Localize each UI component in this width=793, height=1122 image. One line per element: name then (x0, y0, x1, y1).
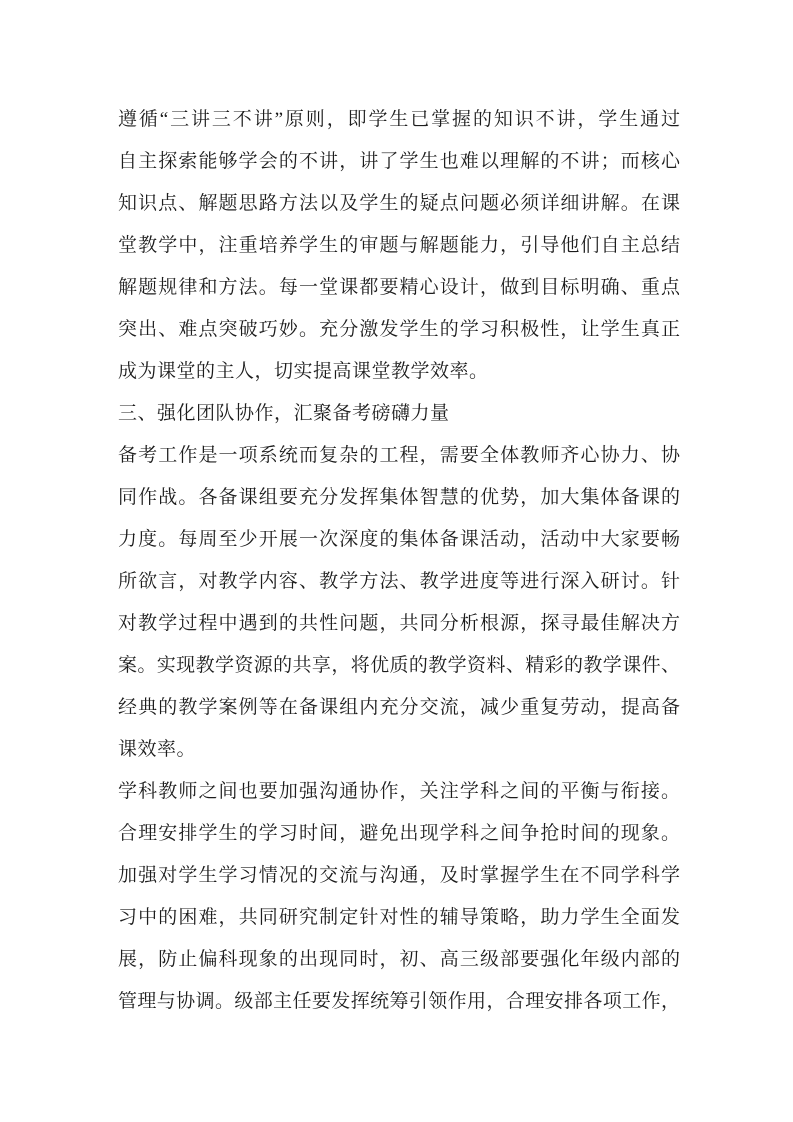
text-line: 备考工作是一项系统而复杂的工程，需要全体教师齐心协力、协 (118, 435, 680, 477)
text-line: 所欲言，对教学内容、教学方法、教学进度等进行深入研讨。针 (118, 561, 680, 603)
text-line: 力度。每周至少开展一次深度的集体备课活动，活动中大家要畅 (118, 519, 680, 561)
body-paragraph: 学科教师之间也要加强沟通协作，关注学科之间的平衡与衔接。合理安排学生的学习时间，… (118, 771, 680, 1023)
text-line: 学科教师之间也要加强沟通协作，关注学科之间的平衡与衔接。 (118, 771, 680, 813)
text-line: 遵循“三讲三不讲”原则，即学生已掌握的知识不讲，学生通过 (118, 99, 680, 141)
text-line: 习中的困难，共同研究制定针对性的辅导策略，助力学生全面发 (118, 897, 680, 939)
body-paragraph: 遵循“三讲三不讲”原则，即学生已掌握的知识不讲，学生通过自主探索能够学会的不讲，… (118, 99, 680, 393)
text-line: 自主探索能够学会的不讲，讲了学生也难以理解的不讲；而核心 (118, 141, 680, 183)
text-line: 管理与协调。级部主任要发挥统筹引领作用，合理安排各项工作， (118, 981, 680, 1023)
section-heading: 三、强化团队协作，汇聚备考磅礴力量 (118, 393, 680, 435)
text-line: 经典的教学案例等在备课组内充分交流，减少重复劳动，提高备 (118, 687, 680, 729)
text-line: 同作战。各备课组要充分发挥集体智慧的优势，加大集体备课的 (118, 477, 680, 519)
heading-line: 三、强化团队协作，汇聚备考磅礴力量 (118, 393, 680, 435)
text-line: 成为课堂的主人，切实提高课堂教学效率。 (118, 351, 680, 393)
text-line: 对教学过程中遇到的共性问题，共同分析根源，探寻最佳解决方 (118, 603, 680, 645)
document-content: 遵循“三讲三不讲”原则，即学生已掌握的知识不讲，学生通过自主探索能够学会的不讲，… (118, 99, 680, 1023)
text-line: 加强对学生学习情况的交流与沟通，及时掌握学生在不同学科学 (118, 855, 680, 897)
body-paragraph: 备考工作是一项系统而复杂的工程，需要全体教师齐心协力、协同作战。各备课组要充分发… (118, 435, 680, 771)
text-line: 合理安排学生的学习时间，避免出现学科之间争抢时间的现象。 (118, 813, 680, 855)
document-page: 遵循“三讲三不讲”原则，即学生已掌握的知识不讲，学生通过自主探索能够学会的不讲，… (0, 0, 793, 1122)
text-line: 突出、难点突破巧妙。充分激发学生的学习积极性，让学生真正 (118, 309, 680, 351)
text-line: 堂教学中，注重培养学生的审题与解题能力，引导他们自主总结 (118, 225, 680, 267)
text-line: 知识点、解题思路方法以及学生的疑点问题必须详细讲解。在课 (118, 183, 680, 225)
text-line: 课效率。 (118, 729, 680, 771)
text-line: 展，防止偏科现象的出现同时，初、高三级部要强化年级内部的 (118, 939, 680, 981)
text-line: 解题规律和方法。每一堂课都要精心设计，做到目标明确、重点 (118, 267, 680, 309)
text-line: 案。实现教学资源的共享，将优质的教学资料、精彩的教学课件、 (118, 645, 680, 687)
